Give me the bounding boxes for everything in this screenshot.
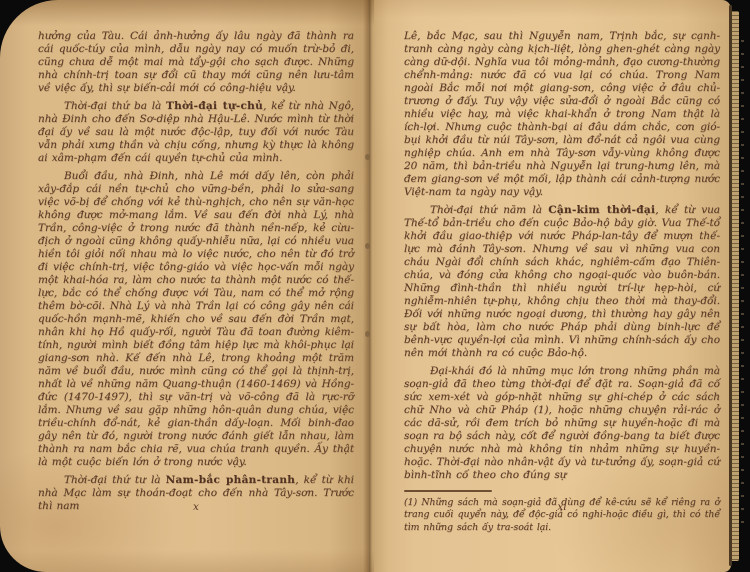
right-page-text: Lê, bắc Mạc, sau thì Nguyễn nam, Trịnh b… (404, 30, 720, 534)
left-page: hưởng của Tàu. Cái ảnh-hưởng ấy lâu ngày… (0, 0, 374, 572)
binding-stitch (365, 243, 370, 249)
page-stack-edge (732, 11, 739, 561)
page-number-right: xi (404, 501, 720, 513)
paragraph: Buổi đầu, nhà Đinh, nhà Lê mới dấy lên, … (38, 170, 354, 469)
binding-stitch (365, 331, 370, 337)
left-page-text: hưởng của Tàu. Cái ảnh-hưởng ấy lâu ngày… (38, 30, 354, 513)
right-page: Lê, bắc Mạc, sau thì Nguyễn nam, Trịnh b… (374, 0, 731, 572)
paragraph: hưởng của Tàu. Cái ảnh-hưởng ấy lâu ngày… (38, 30, 354, 95)
era-name-nam-bac: Nam-bắc phân-tranh (166, 474, 296, 486)
era-name-can-kim: Cận-kim thời-đại (548, 204, 655, 216)
paragraph: Lê, bắc Mạc, sau thì Nguyễn nam, Trịnh b… (404, 30, 720, 199)
book-spread: hưởng của Tàu. Cái ảnh-hưởng ấy lâu ngày… (0, 0, 750, 572)
text-segment: Lê, bắc Mạc, sau thì Nguyễn nam, Trịnh b… (404, 30, 720, 198)
page-number-left: x (38, 501, 354, 513)
cover-texture (741, 40, 744, 530)
footnote-rule (404, 490, 492, 492)
paragraph: Đại-khái đó là những mục lớn trong những… (404, 365, 720, 482)
text-segment: Đại-khái đó là những mục lớn trong những… (404, 365, 720, 481)
paragraph: Thời-đại thứ ba là Thời-đại tự-chủ, kể t… (38, 100, 354, 165)
paragraph: Thời-đại thứ năm là Cận-kim thời-đại, kể… (404, 204, 720, 360)
text-segment: Thời-đại thứ ba là (64, 100, 166, 112)
era-name-tu-chu: Thời-đại tự-chủ (166, 100, 263, 112)
text-segment: Thời-đại thứ tư là (64, 474, 166, 486)
text-segment: hưởng của Tàu. Cái ảnh-hưởng ấy lâu ngày… (38, 30, 354, 94)
text-segment: Buổi đầu, nhà Đinh, nhà Lê mới dấy lên, … (38, 170, 354, 468)
binding-stitch (365, 154, 370, 160)
text-segment: Thời-đại thứ năm là (430, 204, 548, 216)
text-segment: , kể từ vua Thế-tổ bản-triều cho đến cuộ… (404, 204, 720, 359)
